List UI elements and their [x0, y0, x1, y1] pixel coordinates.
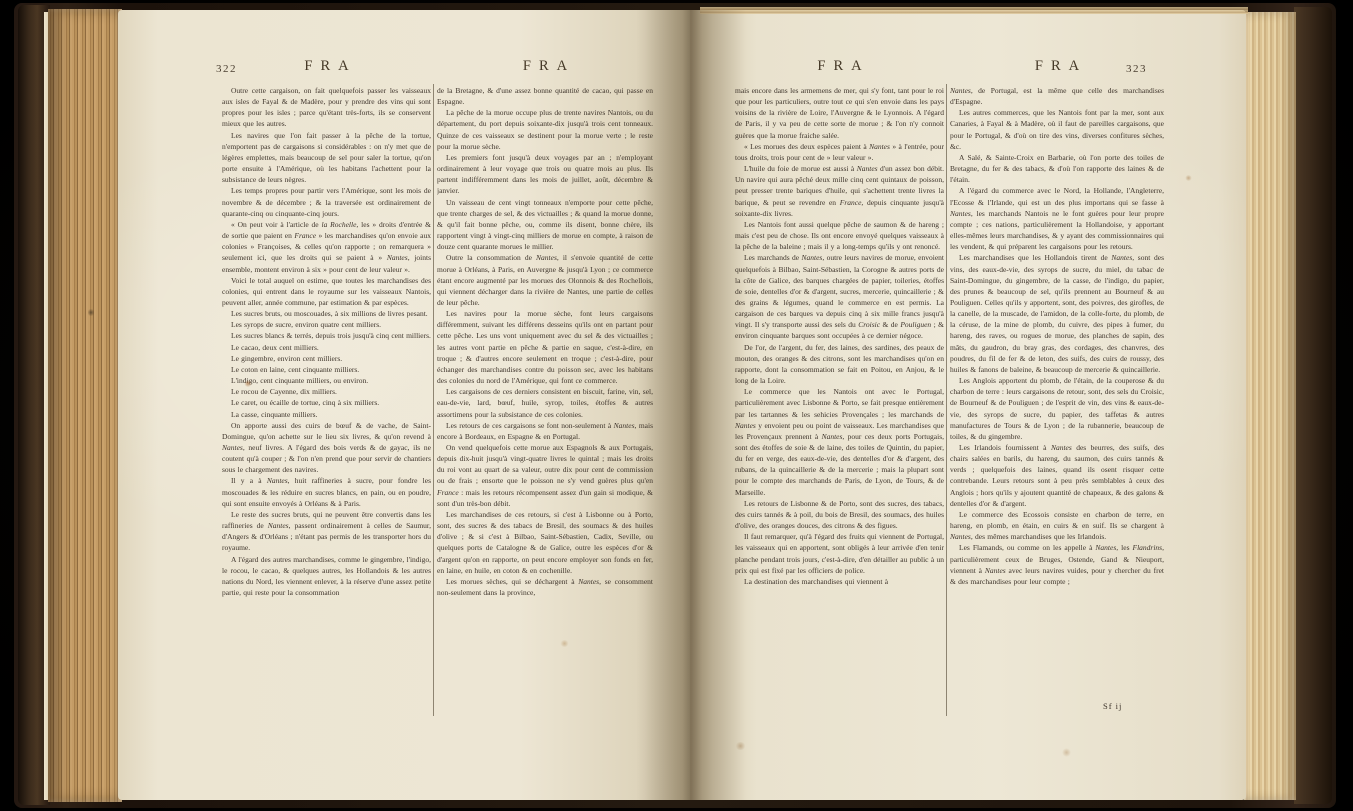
- column-rule-right-page: [946, 84, 947, 716]
- paragraph: Voici le total auquel on estime, que tou…: [222, 275, 431, 308]
- paragraph: La pêche de la morue occupe plus de tren…: [437, 107, 653, 152]
- paragraph: Le rocou de Cayenne, dix milliers.: [222, 386, 431, 397]
- paragraph: Le commerce que les Nantois ont avec le …: [735, 386, 944, 498]
- right-cover-edge: [1294, 7, 1332, 804]
- paragraph: « Les morues des deux espèces paient à N…: [735, 141, 944, 163]
- column-rule-left-page: [433, 84, 434, 716]
- paragraph: Un vaisseau de cent vingt tonneaux n'emp…: [437, 197, 653, 253]
- paragraph: Les marchandises de ces retours, si c'es…: [437, 509, 653, 576]
- paragraph: Les premiers font jusqu'à deux voyages p…: [437, 152, 653, 197]
- paragraph: de la Bretagne, & d'une assez bonne quan…: [437, 85, 653, 107]
- running-head-col3: FRA: [735, 58, 944, 75]
- paragraph: On vend quelquefois cette morue aux Espa…: [437, 442, 653, 509]
- paragraph: Les cargaisons de ces derniers consisten…: [437, 386, 653, 419]
- running-head-col1: FRA: [222, 58, 431, 75]
- paragraph: Outre cette cargaison, on fait quelquefo…: [222, 85, 431, 130]
- paragraph: Les temps propres pour partir vers l'Amé…: [222, 185, 431, 218]
- paragraph: Les navires pour la morue sèche, font le…: [437, 308, 653, 386]
- signature-mark: Sf ij: [1103, 701, 1122, 711]
- text-column-2: de la Bretagne, & d'une assez bonne quan…: [437, 85, 653, 715]
- paragraph: Les navires que l'on fait passer à la pê…: [222, 130, 431, 186]
- paragraph: Le reste des sucres bruts, qui ne peuven…: [222, 509, 431, 554]
- paragraph: Les syrops de sucre, environ quatre cent…: [222, 319, 431, 330]
- paragraph: A l'égard du commerce avec le Nord, la H…: [950, 185, 1164, 252]
- text-column-3: mais encore dans les armemens de mer, qu…: [735, 85, 944, 715]
- paragraph: Il faut remarquer, qu'à l'égard des frui…: [735, 531, 944, 576]
- right-page-top-edge: [700, 7, 1248, 14]
- paragraph: mais encore dans les armemens de mer, qu…: [735, 85, 944, 141]
- paragraph: Les Nantois font aussi quelque pêche de …: [735, 219, 944, 252]
- text-column-4: Nantes, de Portugal, est la même que cel…: [950, 85, 1164, 715]
- paragraph: Nantes, de Portugal, est la même que cel…: [950, 85, 1164, 107]
- paragraph: De l'or, de l'argent, du fer, des laines…: [735, 342, 944, 387]
- page-number-right: 323: [1126, 63, 1147, 75]
- paragraph: Les Flamands, ou comme on les appelle à …: [950, 542, 1164, 587]
- paragraph: Les autres commerces, que les Nantois fo…: [950, 107, 1164, 152]
- paragraph: Les sucres bruts, ou moscouades, à six m…: [222, 308, 431, 319]
- left-page-fore-edge: [48, 9, 122, 802]
- paragraph: Les marchandises que les Hollandois tire…: [950, 252, 1164, 375]
- paragraph: Les Irlandois fournissent à Nantes des b…: [950, 442, 1164, 509]
- paragraph: Outre la consommation de Nantes, il s'en…: [437, 252, 653, 308]
- paragraph: L'indigo, cent cinquante milliers, ou en…: [222, 375, 431, 386]
- paragraph: Les morues sèches, qui se déchargent à N…: [437, 576, 653, 598]
- paragraph: A l'égard des autres marchandises, comme…: [222, 554, 431, 599]
- paragraph: Les sucres blancs & terrés, depuis trois…: [222, 330, 431, 341]
- running-head-col2: FRA: [437, 58, 653, 75]
- paragraph: L'huile du foie de morue est aussi à Nan…: [735, 163, 944, 219]
- paragraph: Le gingembre, environ cent milliers.: [222, 353, 431, 364]
- paragraph: Les Anglois apportent du plomb, de l'éta…: [950, 375, 1164, 442]
- paragraph: Les retours de ces cargaisons se font no…: [437, 420, 653, 442]
- paragraph: Le coton en laine, cent cinquante millie…: [222, 364, 431, 375]
- paragraph: Le cacao, deux cent milliers.: [222, 342, 431, 353]
- paragraph: La destination des marchandises qui vien…: [735, 576, 944, 587]
- text-column-1: Outre cette cargaison, on fait quelquefo…: [222, 85, 431, 715]
- paragraph: Les marchands de Nantes, outre leurs nav…: [735, 252, 944, 341]
- paragraph: Le commerce des Ecossois consiste en cha…: [950, 509, 1164, 542]
- right-page-fore-edge: [1244, 12, 1296, 800]
- paragraph: Il y a à Nantes, huit raffineries à sucr…: [222, 475, 431, 508]
- paragraph: A Salé, & Sainte-Croix en Barbarie, où l…: [950, 152, 1164, 185]
- paragraph: La casse, cinquante milliers.: [222, 409, 431, 420]
- paragraph: On apporte aussi des cuirs de bœuf & de …: [222, 420, 431, 476]
- paragraph: « On peut voir à l'article de la Rochell…: [222, 219, 431, 275]
- paragraph: Les retours de Lisbonne & de Porto, sont…: [735, 498, 944, 531]
- book-photo: 322 FRA FRA FRA FRA 323 Outre cette carg…: [0, 0, 1353, 811]
- paragraph: Le caret, ou écaille de tortue, cinq à s…: [222, 397, 431, 408]
